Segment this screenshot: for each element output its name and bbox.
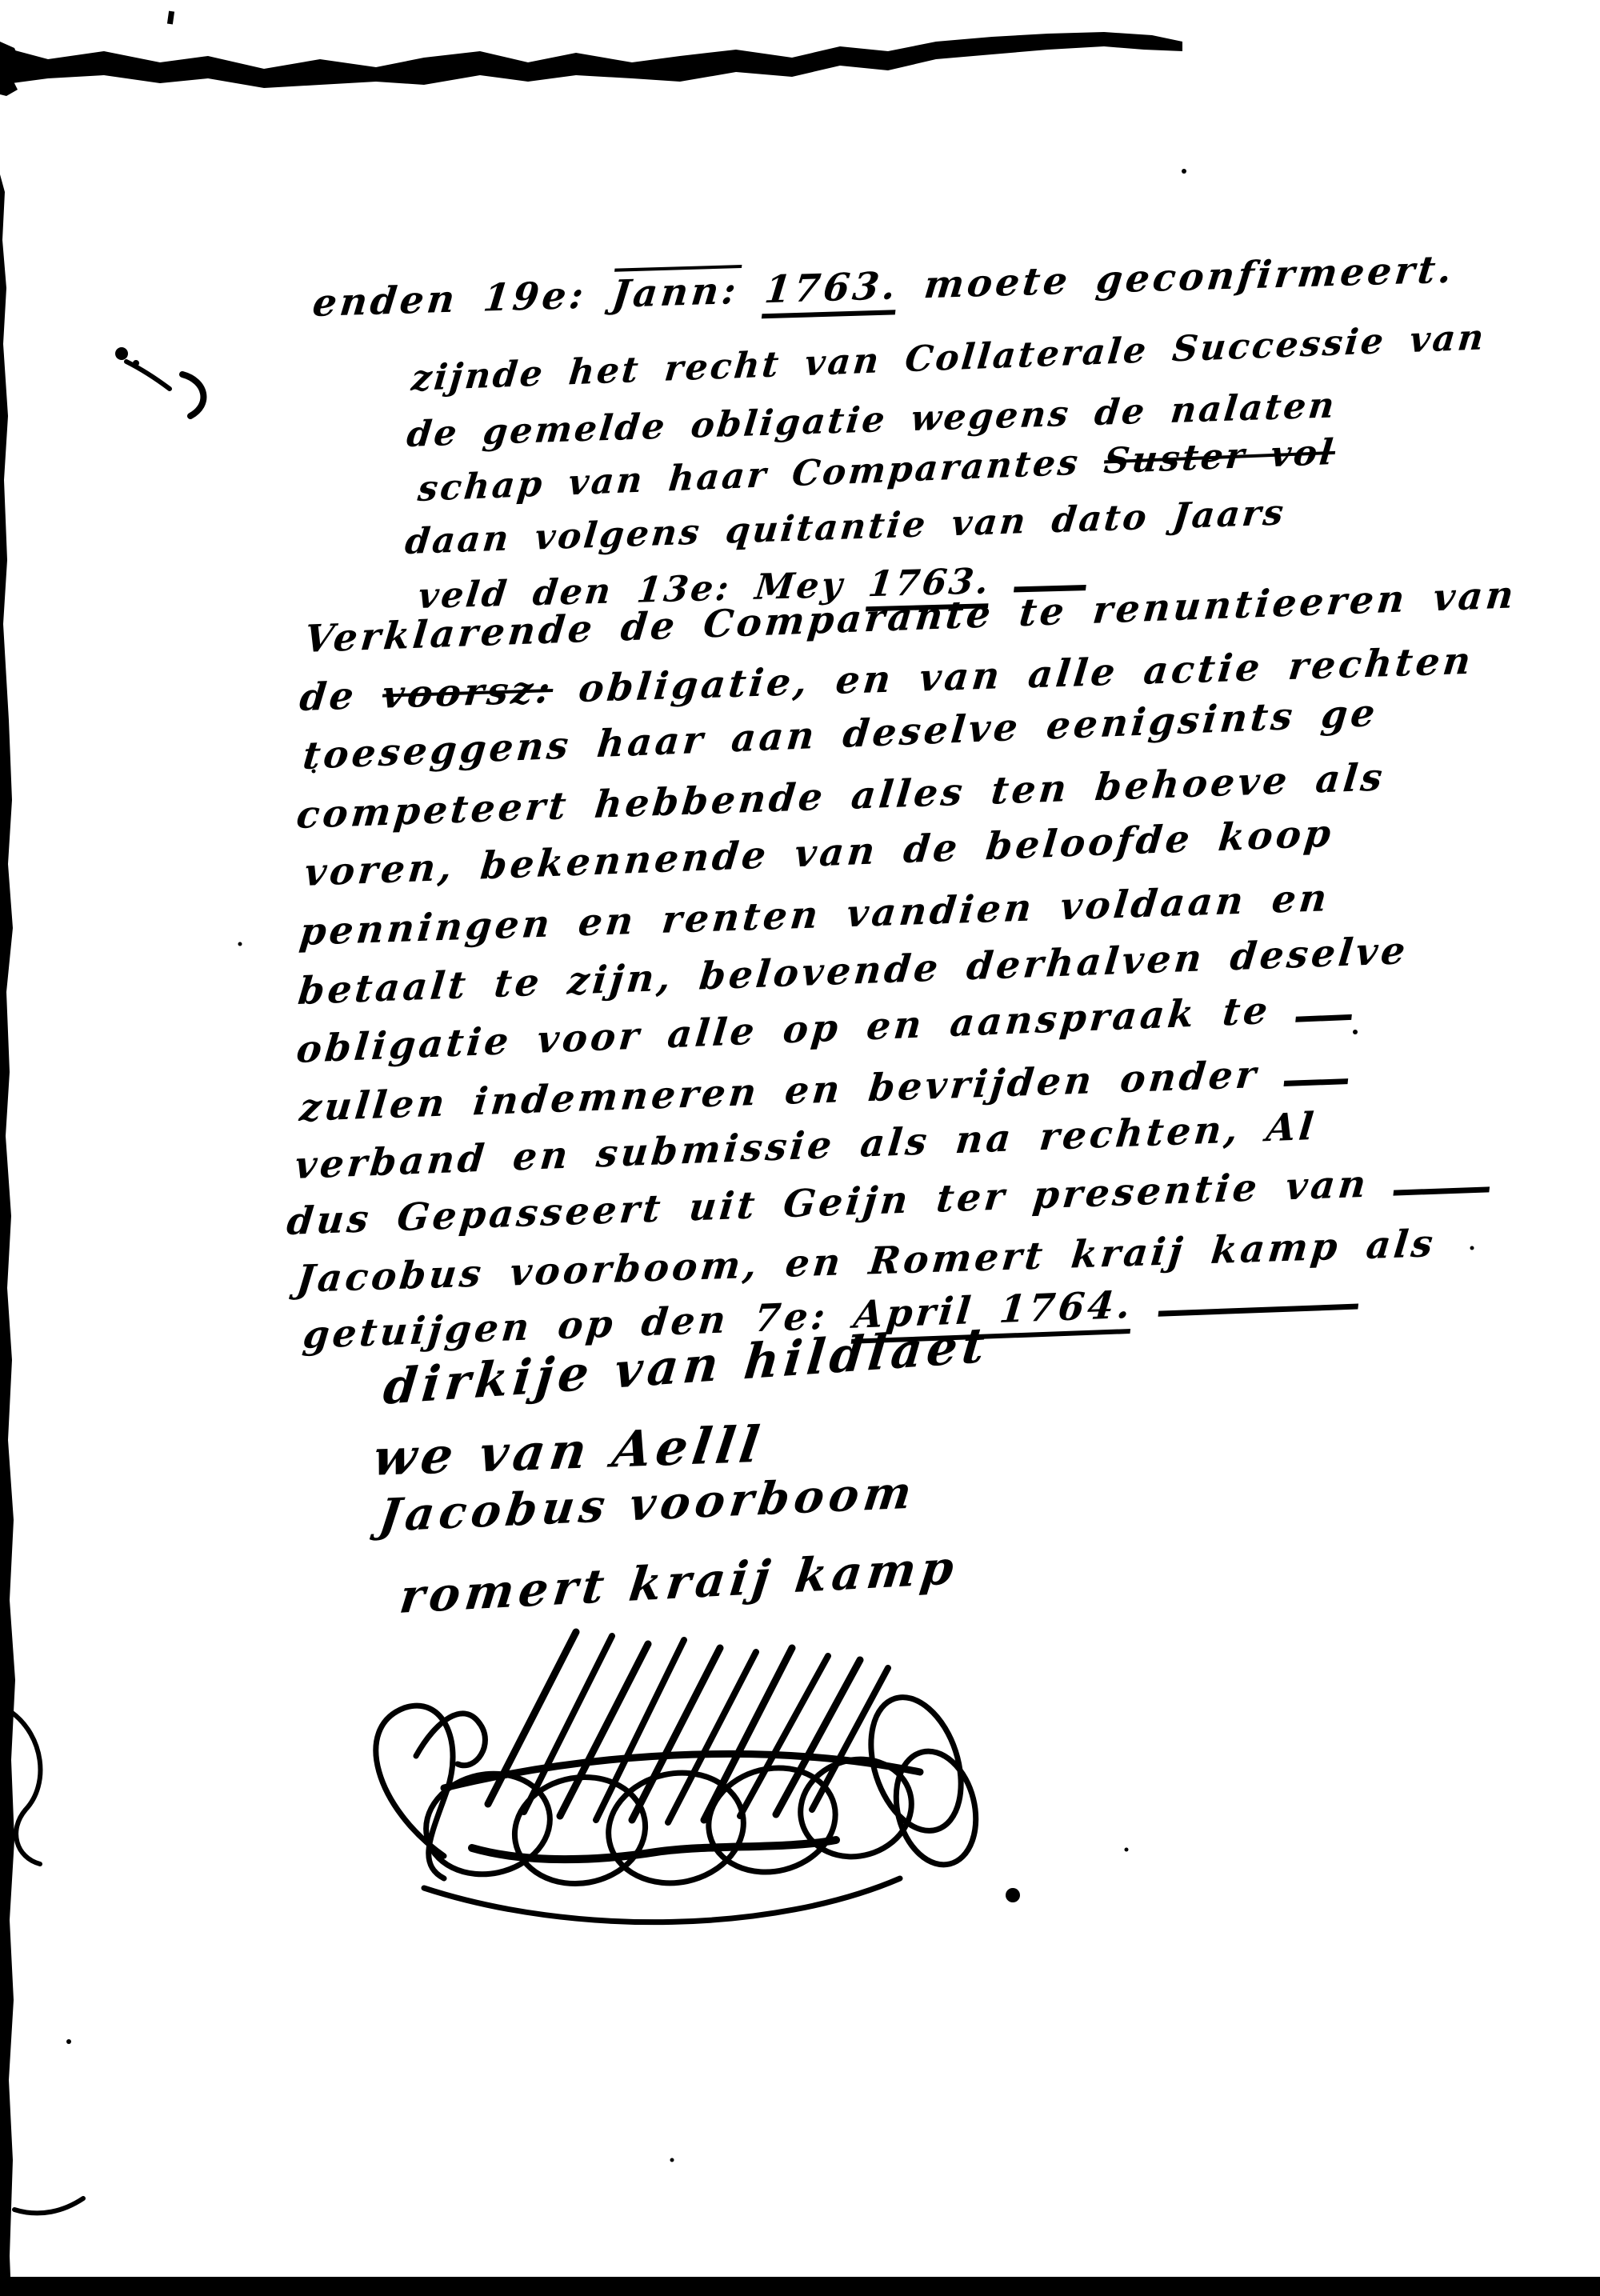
body-line-13-dash: — xyxy=(1158,1283,1360,1317)
body-line-8-dash: — xyxy=(1295,994,1354,1022)
confirmation-month: Jann: xyxy=(610,265,742,317)
left-edge-squiggle xyxy=(11,1712,40,1864)
speck-crescent xyxy=(182,374,203,416)
confirmation-prefix: enden 19e: xyxy=(310,273,614,326)
body-line-9-dash: — xyxy=(1283,1058,1350,1086)
speck xyxy=(1353,1030,1358,1034)
confirmation-year-underlined: 1763. xyxy=(762,264,901,318)
speck xyxy=(670,2158,674,2162)
speck xyxy=(1182,169,1186,174)
notary-signature-flourish xyxy=(376,1632,987,1922)
ink-dot xyxy=(1006,1888,1020,1902)
confirmation-line: enden 19e: Jann: 1763. moete geconfirmee… xyxy=(310,247,1457,326)
manuscript-page: enden 19e: Jann: 1763. moete geconfirmee… xyxy=(0,0,1600,2296)
torn-edge-top xyxy=(0,32,1182,88)
speck xyxy=(66,2039,71,2044)
speck-top xyxy=(167,11,174,25)
speck xyxy=(115,347,128,360)
speck xyxy=(238,942,242,946)
clause-line-5-dash: — xyxy=(1014,566,1089,593)
body-line-2-struck: voorsz: xyxy=(380,668,555,718)
torn-edge-left xyxy=(0,174,15,2296)
speck xyxy=(1470,1246,1474,1250)
torn-edge-top-left-blob xyxy=(0,42,21,96)
speck xyxy=(133,360,139,366)
signature-romert-kraij-kamp: romert kraij kamp xyxy=(397,1540,962,1624)
clause-line-3-struck: Suster vol xyxy=(1102,432,1338,482)
scan-band-bottom xyxy=(0,2277,1600,2296)
confirmation-suffix: moete geconfirmeert. xyxy=(896,247,1457,308)
body-line-11-dash: — xyxy=(1394,1166,1492,1195)
speck-streak xyxy=(126,362,170,389)
speck xyxy=(1125,1848,1129,1852)
left-edge-hook xyxy=(14,2198,83,2213)
body-line-2-pre: de xyxy=(298,674,385,720)
